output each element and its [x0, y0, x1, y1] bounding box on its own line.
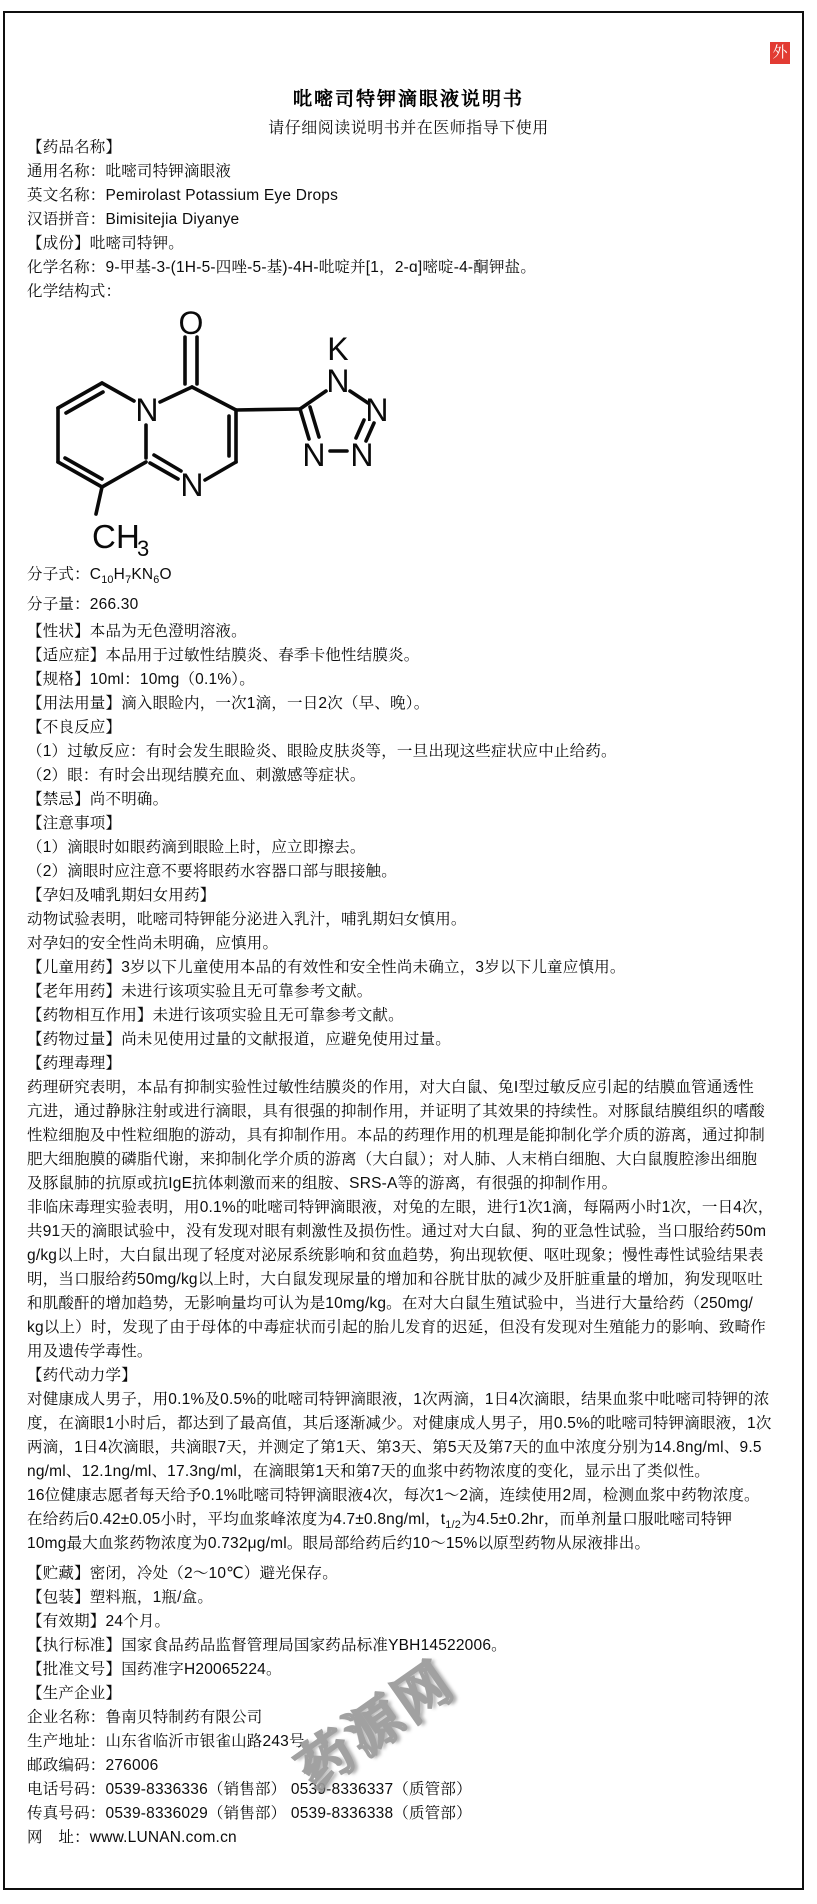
doc-line: 【成份】吡嘧司特钾。: [27, 232, 783, 256]
doc-line: 度，在滴眼1小时后，都达到了最高值，其后逐渐减少。对健康成人男子，用0.5%的吡…: [27, 1412, 783, 1436]
doc-line: 【禁忌】尚不明确。: [27, 788, 783, 812]
doc-line: 16位健康志愿者每天给予0.1%吡嘧司特钾滴眼液4次，每次1～2滴，连续使用2周…: [27, 1484, 783, 1508]
doc-line: （2）眼：有时会出现结膜充血、刺激感等症状。: [27, 764, 783, 788]
external-use-badge: 外: [770, 42, 790, 64]
atom-k: K: [327, 331, 349, 367]
doc-line: 性粒细胞及中性粒细胞的游动，具有抑制作用。本品的药理作用的机理是能抑制化学介质的…: [27, 1124, 783, 1148]
atom-n-tetrazole-3: N: [350, 437, 373, 473]
doc-section-top: 【药品名称】通用名称：吡嘧司特钾滴眼液英文名称：Pemirolast Potas…: [27, 136, 783, 304]
page-subtitle: 请仔细阅读说明书并在医师指导下使用: [0, 115, 817, 138]
doc-body: 【药品名称】通用名称：吡嘧司特钾滴眼液英文名称：Pemirolast Potas…: [27, 136, 783, 1850]
doc-line: 【性状】本品为无色澄明溶液。: [27, 620, 783, 644]
doc-line: 肥大细胞膜的磷脂代谢，来抑制化学介质的游离（大白鼠）；对人肺、人末梢白细胞、大白…: [27, 1148, 783, 1172]
doc-line: 网 址：www.LUNAN.com.cn: [27, 1826, 783, 1850]
methyl-group-label: CH: [92, 518, 140, 555]
doc-line: 【适应症】本品用于过敏性结膜炎、春季卡他性结膜炎。: [27, 644, 783, 668]
doc-line: 【药品名称】: [27, 136, 783, 160]
doc-line: 共91天的滴眼试验中，没有发现对眼有刺激性及损伤性。通过对大白鼠、狗的亚急性试验…: [27, 1220, 783, 1244]
doc-line: 【注意事项】: [27, 812, 783, 836]
doc-line: 对健康成人男子，用0.1%及0.5%的吡嘧司特钾滴眼液，1次两滴，1日4次滴眼，…: [27, 1388, 783, 1412]
doc-line: 非临床毒理实验表明，用0.1%的吡嘧司特钾滴眼液，对兔的左眼，进行1次1滴，每隔…: [27, 1196, 783, 1220]
doc-line: 电话号码：0539-8336336（销售部） 0539-8336337（质管部）: [27, 1778, 783, 1802]
doc-line: g/kg以上时，大白鼠出现了轻度对泌尿系统影响和贫血趋势，狗出现软便、呕吐现象；…: [27, 1244, 783, 1268]
doc-line: 传真号码：0539-8336029（销售部） 0539-8336338（质管部）: [27, 1802, 783, 1826]
doc-line: 汉语拼音：Bimisitejia Diyanye: [27, 208, 783, 232]
doc-line: 分子量：266.30: [27, 590, 783, 620]
doc-line: （2）滴眼时应注意不要将眼药水容器口部与眼接触。: [27, 860, 783, 884]
doc-line: 10mg最大血浆药物浓度为0.732μg/ml。眼局部给药后约10～15%以原型…: [27, 1532, 783, 1556]
doc-line: 【贮藏】密闭，冷处（2～10℃）避光保存。: [27, 1562, 783, 1586]
atom-n-tetrazole-2: N: [365, 392, 388, 428]
doc-line: 亢进，通过静脉注射或进行滴眼，具有很强的抑制作用，并证明了其效果的持续性。对豚鼠…: [27, 1100, 783, 1124]
doc-line: 和肌酸酐的增加趋势，无影响量均可认为是10mg/kg。在对大白鼠生殖试验中，当进…: [27, 1292, 783, 1316]
page-title: 吡嘧司特钾滴眼液说明书: [0, 84, 817, 111]
doc-line: （1）滴眼时如眼药滴到眼睑上时，应立即擦去。: [27, 836, 783, 860]
atom-n-bottom: N: [180, 467, 203, 503]
methyl-subscript: 3: [137, 536, 149, 561]
doc-line: 【药物过量】尚未见使用过量的文献报道，应避免使用过量。: [27, 1028, 783, 1052]
doc-line: 【药物相互作用】未进行该项实验且无可靠参考文献。: [27, 1004, 783, 1028]
doc-line: 两滴，1日4次滴眼，共滴眼7天，并测定了第1天、第3天、第5天及第7天的血中浓度…: [27, 1436, 783, 1460]
doc-line: 用及遗传学毒性。: [27, 1340, 783, 1364]
doc-line: 通用名称：吡嘧司特钾滴眼液: [27, 160, 783, 184]
doc-line: ng/ml、12.1ng/ml、17.3ng/ml，在滴眼第1天和第7天的血浆中…: [27, 1460, 783, 1484]
doc-header: 吡嘧司特钾滴眼液说明书 请仔细阅读说明书并在医师指导下使用: [0, 84, 817, 138]
doc-line: 对孕妇的安全性尚未明确，应慎用。: [27, 932, 783, 956]
doc-line: 英文名称：Pemirolast Potassium Eye Drops: [27, 184, 783, 208]
doc-line: 药理研究表明，本品有抑制实验性过敏性结膜炎的作用，对大白鼠、兔Ⅰ型过敏反应引起的…: [27, 1076, 783, 1100]
doc-line: kg以上）时，发现了由于母体的中毒症状而引起的胎儿发育的迟延，但没有发现对生殖能…: [27, 1316, 783, 1340]
doc-line: 在给药后0.42±0.05小时，平均血浆峰浓度为4.7±0.8ng/ml，t1/…: [27, 1508, 783, 1532]
chemical-structure-drawing: O K N N N N N N CH 3: [20, 292, 440, 562]
doc-line: 及豚鼠肺的抗原或抗IgE抗体刺激而来的组胺、SRS-A等的游离，有很强的抑制作用…: [27, 1172, 783, 1196]
atom-n-tetrazole-4: N: [302, 437, 325, 473]
doc-line: 【孕妇及哺乳期妇女用药】: [27, 884, 783, 908]
doc-line: 明，当口服给药50mg/kg以上时，大白鼠发现尿量的增加和谷胱甘肽的减少及肝脏重…: [27, 1268, 783, 1292]
drug-leaflet-page: { "badge": { "label": "外", "bg": "#e23b3…: [0, 0, 817, 1904]
doc-line: 动物试验表明，吡嘧司特钾能分泌进入乳汁，哺乳期妇女慎用。: [27, 908, 783, 932]
doc-line: 邮政编码：276006: [27, 1754, 783, 1778]
atom-o: O: [178, 305, 203, 341]
doc-line: 【有效期】24个月。: [27, 1610, 783, 1634]
atom-n-bridge: N: [135, 392, 158, 428]
doc-line: 【包装】塑料瓶，1瓶/盒。: [27, 1586, 783, 1610]
doc-line: 【药代动力学】: [27, 1364, 783, 1388]
chemical-structure: O K N N N N N N CH 3: [27, 304, 783, 560]
doc-line: （1）过敏反应：有时会发生眼睑炎、眼睑皮肤炎等，一旦出现这些症状应中止给药。: [27, 740, 783, 764]
atom-n-tetrazole-1: N: [326, 363, 349, 399]
doc-line: 【规格】10ml：10mg（0.1%）。: [27, 668, 783, 692]
doc-line: 【老年用药】未进行该项实验且无可靠参考文献。: [27, 980, 783, 1004]
doc-line: 【儿童用药】3岁以下儿童使用本品的有效性和安全性尚未确立，3岁以下儿童应慎用。: [27, 956, 783, 980]
doc-line: 【用法用量】滴入眼睑内，一次1滴，一日2次（早、晚）。: [27, 692, 783, 716]
doc-line: 【不良反应】: [27, 716, 783, 740]
doc-line: 【药理毒理】: [27, 1052, 783, 1076]
doc-line: 分子式：C10H7KN6O: [27, 560, 783, 590]
doc-line: 化学名称：9-甲基-3-(1H-5-四唑-5-基)-4H-吡啶并[1，2-ɑ]嘧…: [27, 256, 783, 280]
